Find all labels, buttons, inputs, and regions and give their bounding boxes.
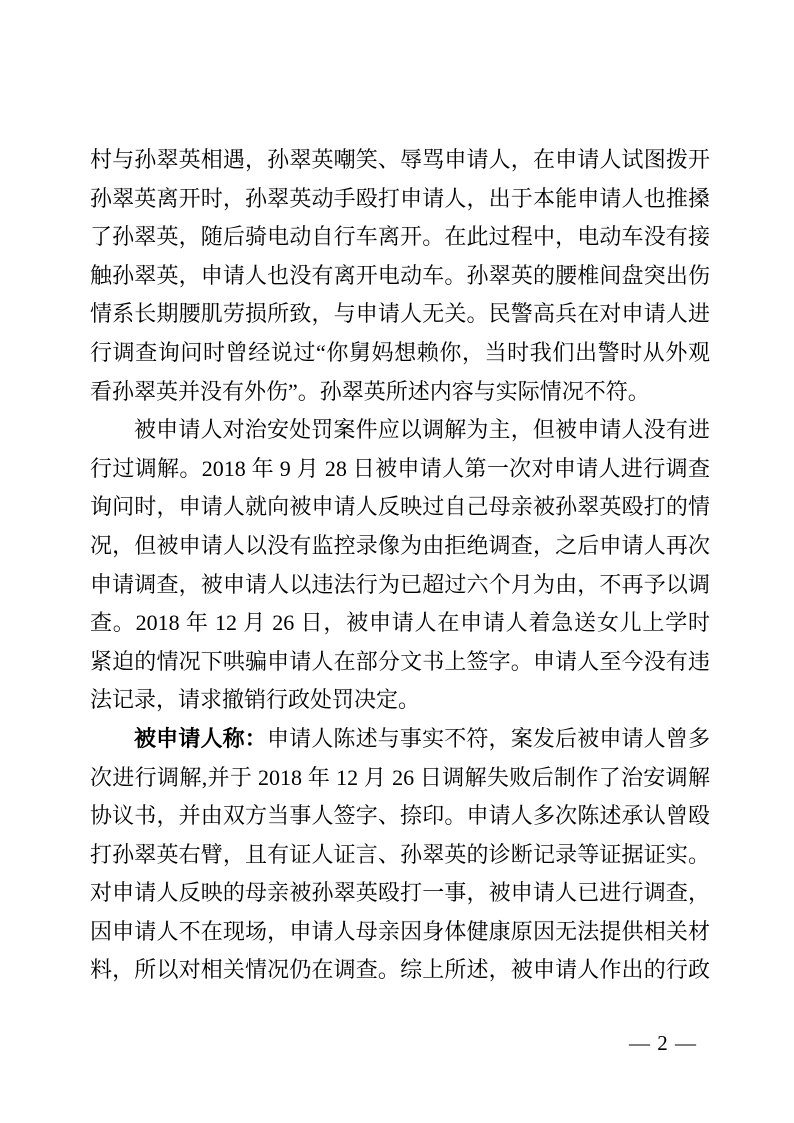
text-line: 情系长期腰肌劳损所致，与申请人无关。民警高兵在对申请人进 — [90, 295, 710, 334]
text-line-continuation: 申请人陈述与事实不符，案发后被申请人曾多 — [267, 726, 710, 751]
text-line-paragraph-end: 看孙翠英并没有外伤”。孙翠英所述内容与实际情况不符。 — [90, 373, 710, 412]
text-line: 料，所以对相关情况仍在调查。综上所述，被申请人作出的行政 — [90, 951, 710, 990]
text-line-paragraph-start: 被申请人称：申请人陈述与事实不符，案发后被申请人曾多 — [90, 720, 710, 759]
text-line: 行调查询问时曾经说过“你舅妈想赖你，当时我们出警时从外观 — [90, 334, 710, 373]
text-line: 行过调解。2018 年 9 月 28 日被申请人第一次对申请人进行调查 — [90, 450, 710, 489]
text-line: 协议书，并由双方当事人签字、捺印。申请人多次陈述承认曾殴 — [90, 797, 710, 836]
text-line: 了孙翠英，随后骑电动自行车离开。在此过程中，电动车没有接 — [90, 218, 710, 257]
document-page: 村与孙翠英相遇，孙翠英嘲笑、辱骂申请人，在申请人试图拨开 孙翠英离开时，孙翠英动… — [0, 0, 794, 1123]
text-line: 查。2018 年 12 月 26 日，被申请人在申请人着急送女儿上学时间 — [90, 604, 710, 643]
text-line: 申请调查，被申请人以违法行为已超过六个月为由，不再予以调 — [90, 566, 710, 605]
text-line: 次进行调解,并于 2018 年 12 月 26 日调解失败后制作了治安调解 — [90, 759, 710, 798]
text-line: 对申请人反映的母亲被孙翠英殴打一事，被申请人已进行调查， — [90, 874, 710, 913]
text-line: 触孙翠英，申请人也没有离开电动车。孙翠英的腰椎间盘突出伤 — [90, 257, 710, 296]
text-line-paragraph-start: 被申请人对治安处罚案件应以调解为主，但被申请人没有进 — [90, 411, 710, 450]
respondent-statement-label: 被申请人称： — [134, 726, 267, 751]
text-line-paragraph-end: 法记录，请求撤销行政处罚决定。 — [90, 681, 710, 720]
text-line: 况，但被申请人以没有监控录像为由拒绝调查，之后申请人再次 — [90, 527, 710, 566]
document-body: 村与孙翠英相遇，孙翠英嘲笑、辱骂申请人，在申请人试图拨开 孙翠英离开时，孙翠英动… — [90, 141, 710, 990]
page-number: — 2 — — [598, 1028, 728, 1058]
text-line: 询问时，申请人就向被申请人反映过自己母亲被孙翠英殴打的情 — [90, 488, 710, 527]
text-line: 紧迫的情况下哄骗申请人在部分文书上签字。申请人至今没有违 — [90, 643, 710, 682]
text-line: 打孙翠英右臂，且有证人证言、孙翠英的诊断记录等证据证实。 — [90, 836, 710, 875]
text-line: 因申请人不在现场，申请人母亲因身体健康原因无法提供相关材 — [90, 913, 710, 952]
text-line: 村与孙翠英相遇，孙翠英嘲笑、辱骂申请人，在申请人试图拨开 — [90, 141, 710, 180]
text-line: 孙翠英离开时，孙翠英动手殴打申请人，出于本能申请人也推搡 — [90, 180, 710, 219]
